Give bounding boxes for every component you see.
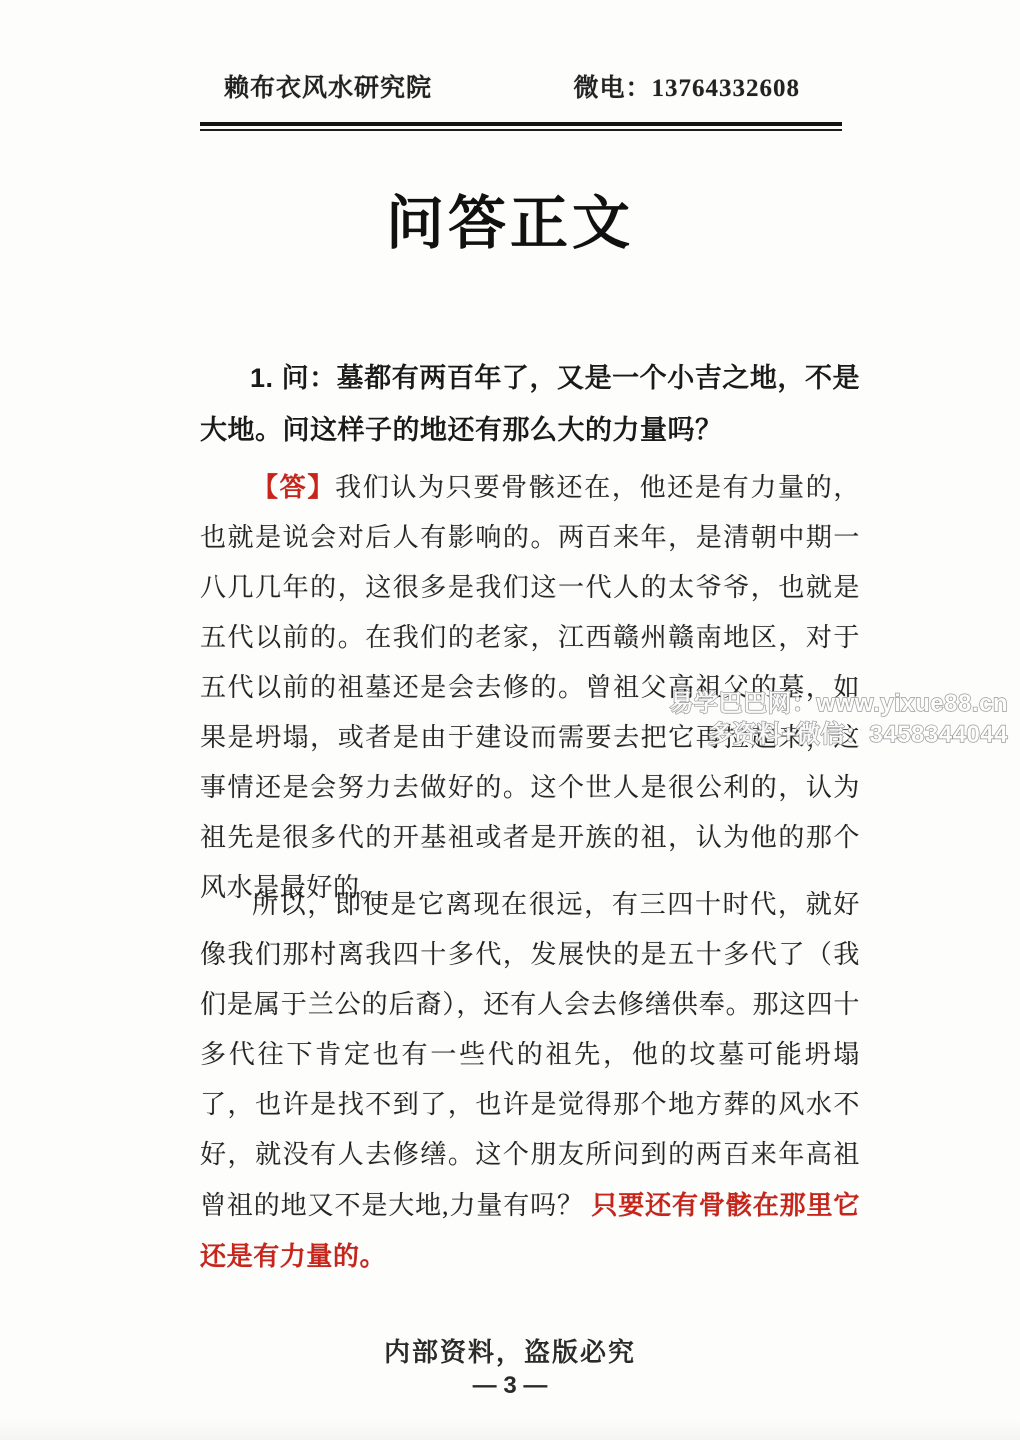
header-divider	[200, 122, 842, 131]
page-title: 问答正文	[0, 176, 1020, 260]
header-org-name: 赖布衣风水研究院	[224, 68, 432, 104]
second-paragraph: 所以，即使是它离现在很远，有三四十时代，就好像我们那村离我四十多代，发展快的是五…	[200, 880, 860, 1282]
answer-marker: 【答】	[252, 472, 335, 502]
footer-notice: 内部资料，盗版必究	[0, 1332, 1020, 1369]
page-number: — 3 —	[0, 1372, 1020, 1400]
page-header: 赖布衣风水研究院 微电：13764332608	[224, 68, 800, 104]
document-page: 赖布衣风水研究院 微电：13764332608 问答正文 1. 问：墓都有两百年…	[0, 0, 1020, 1440]
second-paragraph-body: 所以，即使是它离现在很远，有三四十时代，就好像我们那村离我四十多代，发展快的是五…	[200, 890, 860, 1220]
header-contact: 微电：13764332608	[573, 68, 800, 104]
question-paragraph: 1. 问：墓都有两百年了，又是一个小吉之地，不是大地。问这样子的地还有那么大的力…	[200, 352, 860, 456]
scan-edge-shading	[0, 1418, 1020, 1440]
answer-paragraph: 【答】我们认为只要骨骸还在，他还是有力量的，也就是说会对后人有影响的。两百来年，…	[200, 462, 860, 913]
answer-body: 我们认为只要骨骸还在，他还是有力量的，也就是说会对后人有影响的。两百来年，是清朝…	[200, 473, 860, 902]
